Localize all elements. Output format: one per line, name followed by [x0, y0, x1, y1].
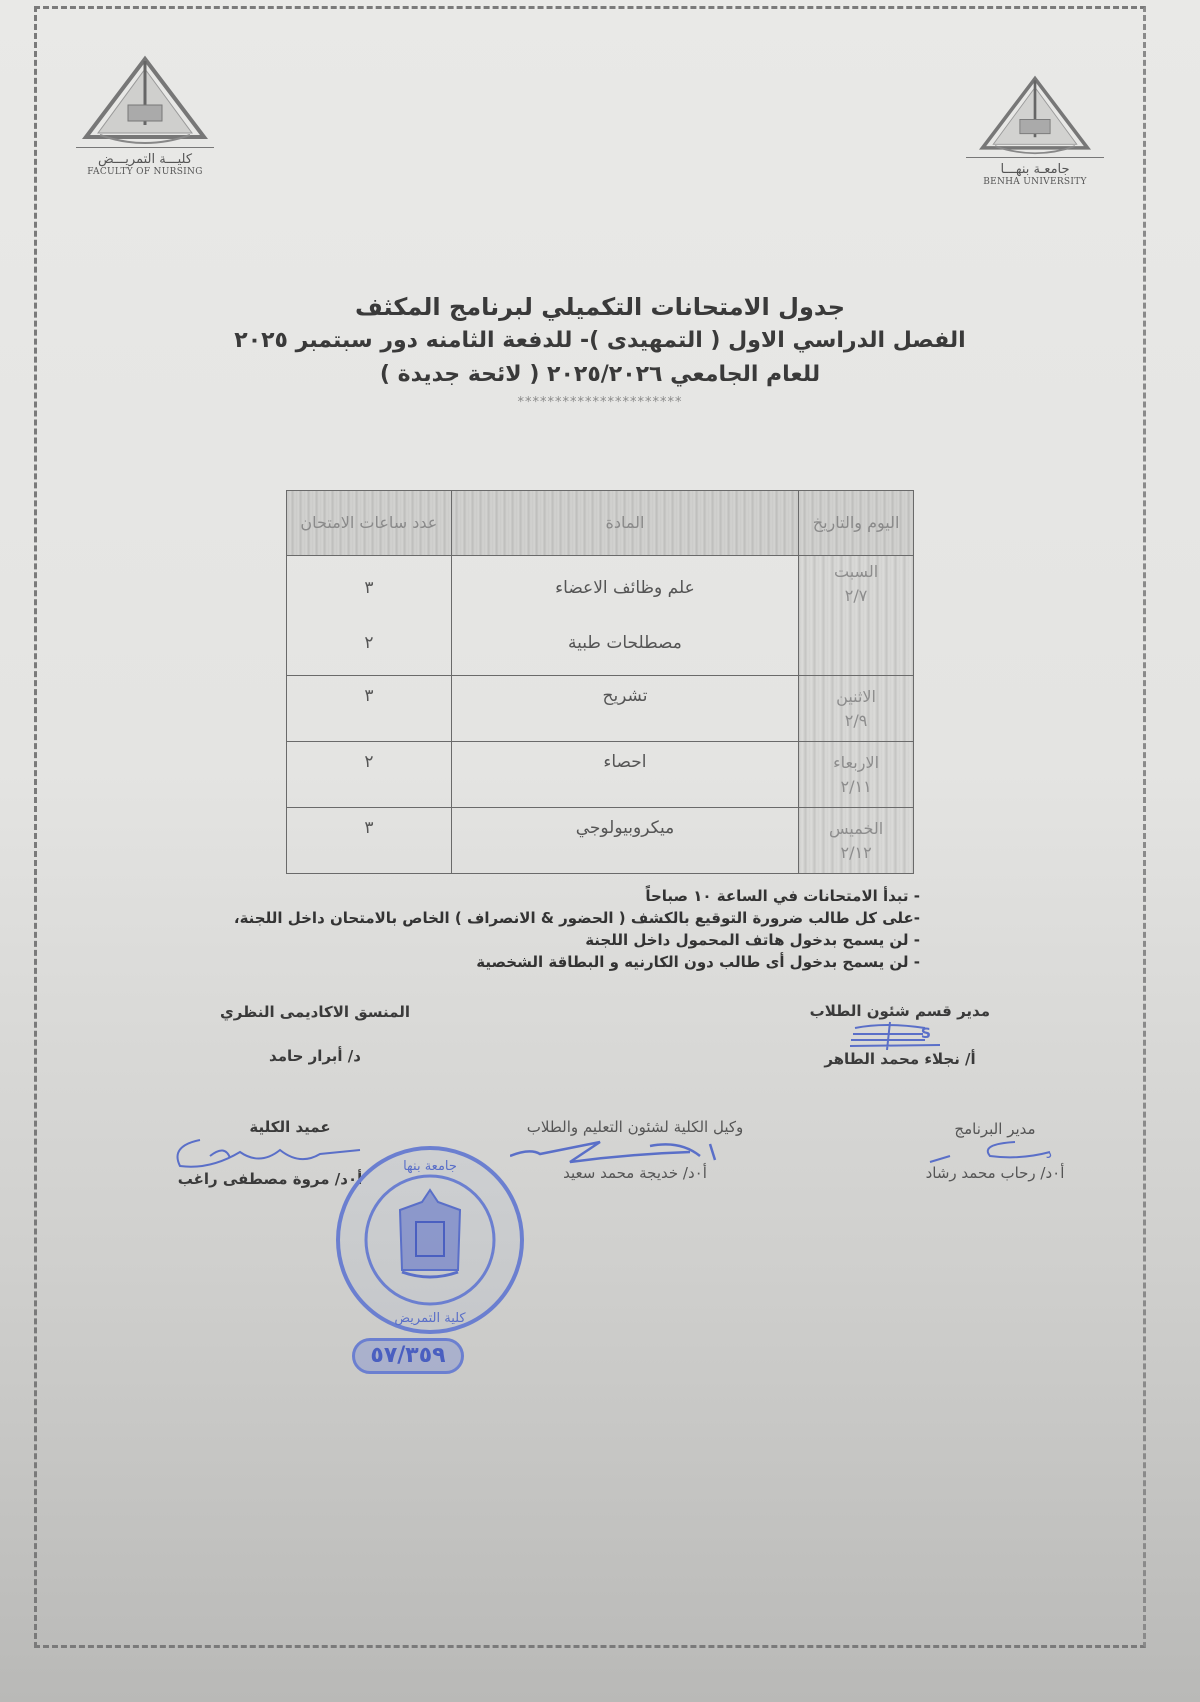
official-seal-stamp: جامعة بنها كلية التمريض	[330, 1140, 530, 1344]
semester-subtitle: الفصل الدراسي الاول ( التمهيدى )- للدفعة…	[200, 324, 1000, 358]
handwritten-signature-icon: S	[845, 1020, 955, 1050]
hours-cell: ٣	[287, 808, 452, 874]
rule-item: - تبدأ الامتحانات في الساعة ١٠ صباحاً	[520, 885, 920, 907]
university-name-english: BENHA UNIVERSITY	[960, 177, 1110, 187]
exam-schedule-table: اليوم والتاريخ المادة عدد ساعات الامتحان…	[286, 490, 914, 874]
signatory-name: أ٠د/ خديجة محمد سعيد	[500, 1164, 770, 1182]
signatory-title: المنسق الاكاديمى النظري	[205, 1003, 425, 1021]
header-hours: عدد ساعات الامتحان	[287, 491, 452, 556]
header-subject: المادة	[451, 491, 798, 556]
table-row: السبت ٢/٧ علم وظائف الاعضاء مصطلحات طبية…	[287, 556, 914, 676]
subject-cell: ميكروبيولوجي	[451, 808, 798, 874]
faculty-logo: كليـــة التمريـــض FACULTY OF NURSING	[70, 55, 220, 177]
signatory-title: وكيل الكلية لشئون التعليم والطلاب	[500, 1118, 770, 1136]
svg-text:جامعة بنها: جامعة بنها	[403, 1159, 457, 1174]
table-row: الاثنين ٢/٩ تشريح ٣	[287, 676, 914, 742]
hours-value: ٣	[287, 576, 451, 600]
hours-cell: ٣ ٢	[287, 556, 452, 676]
faculty-pyramid-logo-icon	[80, 55, 210, 145]
header-day-date: اليوم والتاريخ	[799, 491, 914, 556]
signatory-name: أ/ نجلاء محمد الطاهر	[810, 1050, 990, 1068]
date-label: ٢/٩	[799, 709, 913, 733]
subject-label: علم وظائف الاعضاء	[452, 576, 798, 600]
university-logo: جامعـة بنهـــا BENHA UNIVERSITY	[960, 75, 1110, 187]
day-label: الاثنين	[799, 685, 913, 709]
signature-student-affairs: مدير قسم شئون الطلاب S أ/ نجلاء محمد الط…	[810, 1002, 990, 1068]
university-name-arabic: جامعـة بنهـــا	[960, 162, 1110, 177]
faculty-name-arabic: كليـــة التمريـــض	[70, 152, 220, 167]
document-title-block: جدول الامتحانات التكميلي لبرنامج المكثف …	[200, 290, 1000, 414]
rule-item: - لن يسمح بدخول أى طالب دون الكارنيه و ا…	[520, 951, 920, 973]
signatory-title: مدير قسم شئون الطلاب	[810, 1002, 990, 1020]
day-label: السبت	[799, 560, 913, 584]
day-date-cell: الاثنين ٢/٩	[799, 676, 914, 742]
hours-value: ٢	[287, 631, 451, 655]
signatory-name: أ٠د/ رحاب محمد رشاد	[910, 1164, 1080, 1182]
date-label: ٢/٧	[799, 584, 913, 608]
star-divider: **********************	[200, 392, 1000, 414]
signature-academic-coordinator: المنسق الاكاديمى النظري د/ أبرار حامد	[205, 1003, 425, 1065]
day-date-cell: السبت ٢/٧	[799, 556, 914, 676]
day-label: الاربعاء	[799, 751, 913, 775]
table-header-row: اليوم والتاريخ المادة عدد ساعات الامتحان	[287, 491, 914, 556]
subject-cell: احصاء	[451, 742, 798, 808]
svg-text:د: د	[1046, 1146, 1052, 1162]
exam-rules-list: - تبدأ الامتحانات في الساعة ١٠ صباحاً -ع…	[520, 885, 920, 973]
faculty-name-english: FACULTY OF NURSING	[70, 167, 220, 177]
signature-vice-dean: وكيل الكلية لشئون التعليم والطلاب أ٠د/ خ…	[500, 1118, 770, 1182]
day-date-cell: الخميس ٢/١٢	[799, 808, 914, 874]
subject-cell: علم وظائف الاعضاء مصطلحات طبية	[451, 556, 798, 676]
table-row: الاربعاء ٢/١١ احصاء ٢	[287, 742, 914, 808]
day-label: الخميس	[799, 817, 913, 841]
table-row: الخميس ٢/١٢ ميكروبيولوجي ٣	[287, 808, 914, 874]
svg-text:S: S	[921, 1026, 931, 1042]
date-label: ٢/١١	[799, 775, 913, 799]
subject-cell: تشريح	[451, 676, 798, 742]
university-pyramid-logo-icon	[975, 75, 1095, 155]
serial-number-stamp: ٥٧/٣٥٩	[352, 1338, 464, 1374]
eagle-seal-icon: جامعة بنها كلية التمريض	[330, 1140, 530, 1340]
day-date-cell: الاربعاء ٢/١١	[799, 742, 914, 808]
signatory-title: عميد الكلية	[170, 1118, 370, 1136]
svg-text:كلية التمريض: كلية التمريض	[394, 1311, 466, 1326]
rule-item: -على كل طالب ضرورة التوقيع بالكشف ( الحض…	[520, 907, 920, 929]
rule-item: - لن يسمح بدخول هاتف المحمول داخل اللجنة	[520, 929, 920, 951]
hours-cell: ٢	[287, 742, 452, 808]
signatory-title: مدير البرنامج	[910, 1120, 1080, 1138]
handwritten-signature-icon	[510, 1136, 760, 1164]
handwritten-signature-icon: د	[920, 1138, 1070, 1164]
document-title: جدول الامتحانات التكميلي لبرنامج المكثف	[200, 290, 1000, 324]
academic-year-subtitle: للعام الجامعي ٢٠٢٥/٢٠٢٦ ( لائحة جديدة )	[200, 358, 1000, 392]
signature-program-director: مدير البرنامج د أ٠د/ رحاب محمد رشاد	[910, 1120, 1080, 1182]
hours-cell: ٣	[287, 676, 452, 742]
signatory-name: د/ أبرار حامد	[205, 1047, 425, 1065]
subject-label: مصطلحات طبية	[452, 631, 798, 655]
date-label: ٢/١٢	[799, 841, 913, 865]
